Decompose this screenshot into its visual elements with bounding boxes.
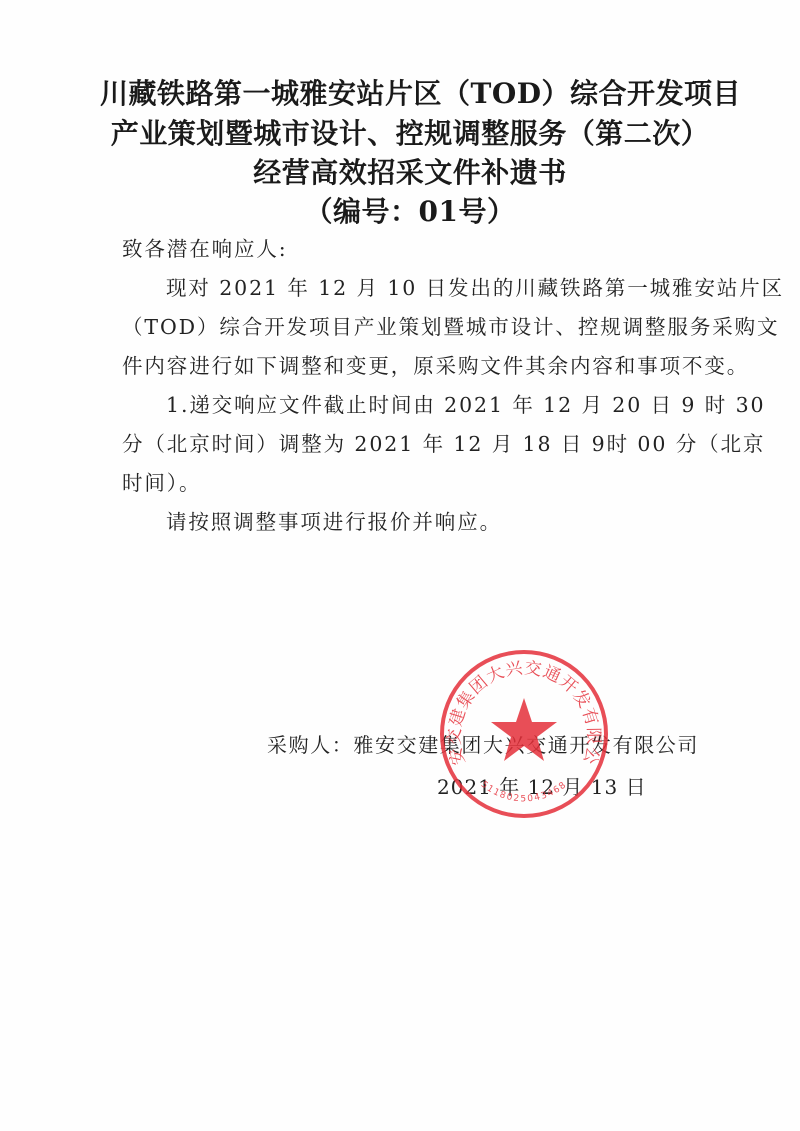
document-number: （编号：01号）: [100, 192, 720, 232]
paragraph-1-line-1: 现对 2021 年 12 月 10 日发出的川藏铁路第一城雅安站片区: [166, 269, 756, 308]
item-1-line-3: 时间）。: [122, 464, 712, 503]
title-line-1: 川藏铁路第一城雅安站片区（TOD）综合开发项目: [100, 74, 720, 114]
title-line-3: 经营高效招采文件补遗书: [100, 153, 720, 193]
seal-number: 5118025043468: [479, 780, 569, 805]
paragraph-1-line-2: （TOD）综合开发项目产业策划暨城市设计、控规调整服务采购文: [122, 308, 712, 347]
item-1-line-2: 分（北京时间）调整为 2021 年 12 月 18 日 9时 00 分（北京: [122, 425, 712, 464]
title-line-2: 产业策划暨城市设计、控规调整服务（第二次）: [100, 114, 720, 154]
company-seal-icon: 雅安交建集团大兴交通开发有限公司 5118025043468: [438, 648, 610, 820]
svg-text:雅安交建集团大兴交通开发有限公司: 雅安交建集团大兴交通开发有限公司: [438, 648, 603, 767]
salutation: 致各潜在响应人:: [122, 230, 712, 269]
closing-line: 请按照调整事项进行报价并响应。: [166, 503, 756, 542]
item-1-line-1: 1.递交响应文件截止时间由 2021 年 12 月 20 日 9 时 30: [166, 386, 756, 425]
paragraph-1-line-3: 件内容进行如下调整和变更，原采购文件其余内容和事项不变。: [122, 347, 712, 386]
document-page: 川藏铁路第一城雅安站片区（TOD）综合开发项目 产业策划暨城市设计、控规调整服务…: [0, 0, 800, 1131]
seal-ring-text: 雅安交建集团大兴交通开发有限公司: [438, 648, 603, 767]
svg-text:5118025043468: 5118025043468: [479, 780, 569, 805]
